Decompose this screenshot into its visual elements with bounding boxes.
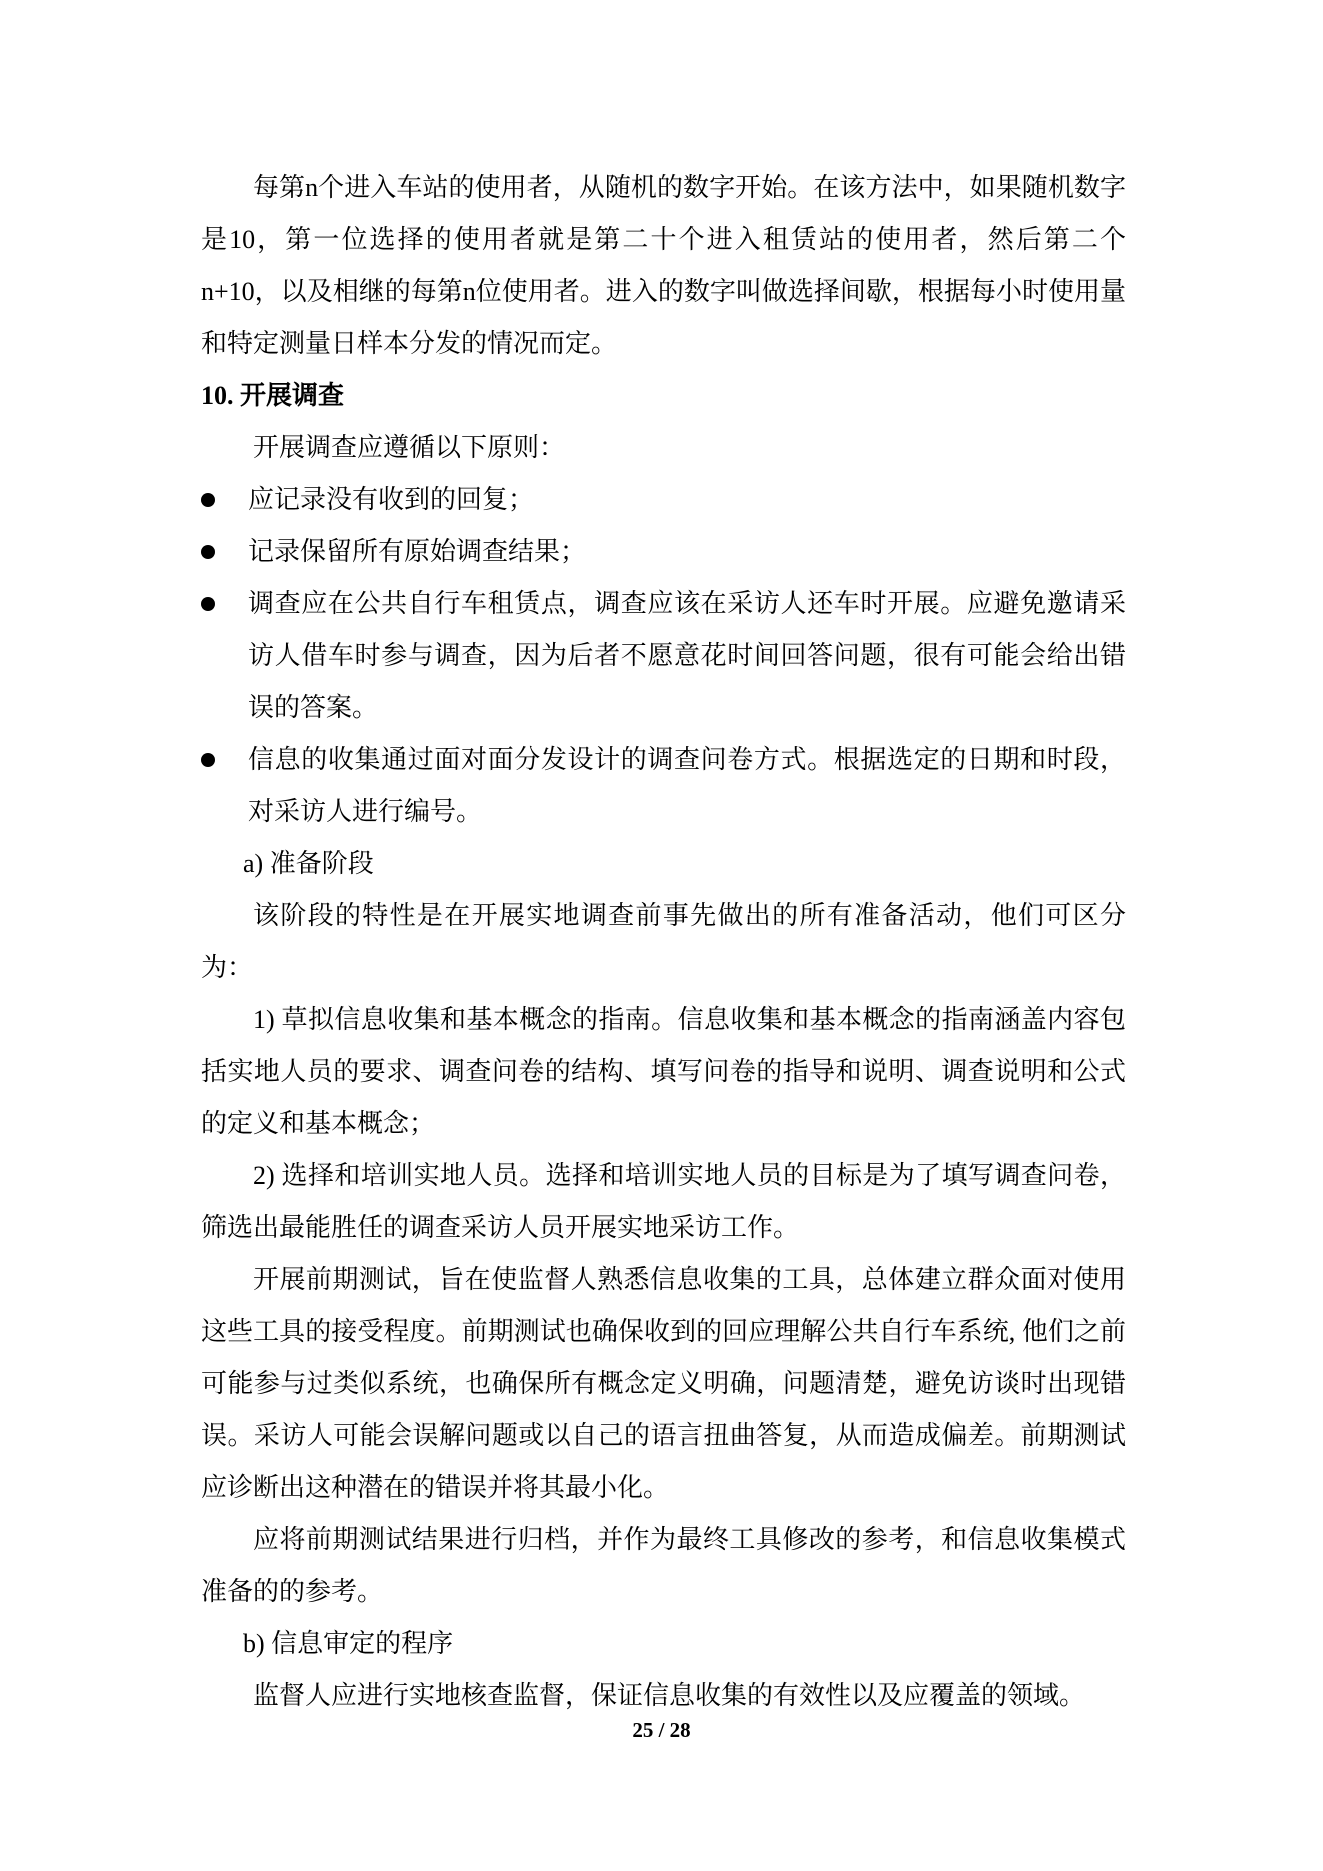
paragraph-pretest: 开展前期测试，旨在使监督人熟悉信息收集的工具，总体建立群众面对使用这些工具的接受…	[201, 1254, 1126, 1514]
bullet-icon	[201, 545, 215, 559]
section-intro: 开展调查应遵循以下原则：	[201, 422, 1126, 474]
subsection-a-title: a) 准备阶段	[201, 838, 1126, 890]
paragraph-archive: 应将前期测试结果进行归档，并作为最终工具修改的参考，和信息收集模式准备的的参考。	[201, 1514, 1126, 1618]
bullet-item: 记录保留所有原始调查结果；	[201, 526, 1126, 578]
subsection-a-intro: 该阶段的特性是在开展实地调查前事先做出的所有准备活动，他们可区分为：	[201, 890, 1126, 994]
paragraph-sampling-method: 每第n个进入车站的使用者，从随机的数字开始。在该方法中，如果随机数字是10，第一…	[201, 162, 1126, 370]
subsection-a-item-2: 2) 选择和培训实地人员。选择和培训实地人员的目标是为了填写调查问卷，筛选出最能…	[201, 1150, 1126, 1254]
subsection-b-title: b) 信息审定的程序	[201, 1618, 1126, 1670]
bullet-item: 调查应在公共自行车租赁点，调查应该在采访人还车时开展。应避免邀请采访人借车时参与…	[201, 578, 1126, 734]
page-content: 每第n个进入车站的使用者，从随机的数字开始。在该方法中，如果随机数字是10，第一…	[201, 162, 1126, 1722]
subsection-b-paragraph: 监督人应进行实地核查监督，保证信息收集的有效性以及应覆盖的领域。	[201, 1670, 1126, 1722]
bullet-text: 调查应在公共自行车租赁点，调查应该在采访人还车时开展。应避免邀请采访人借车时参与…	[248, 589, 1126, 722]
bullet-item: 应记录没有收到的回复；	[201, 474, 1126, 526]
document-page: 每第n个进入车站的使用者，从随机的数字开始。在该方法中，如果随机数字是10，第一…	[0, 0, 1323, 1871]
section-heading: 10. 开展调查	[201, 370, 1126, 422]
bullet-icon	[201, 753, 215, 767]
subsection-a-item-1: 1) 草拟信息收集和基本概念的指南。信息收集和基本概念的指南涵盖内容包括实地人员…	[201, 994, 1126, 1150]
page-number: 25 / 28	[0, 1718, 1323, 1743]
bullet-text: 应记录没有收到的回复；	[248, 485, 534, 514]
bullet-text: 信息的收集通过面对面分发设计的调查问卷方式。根据选定的日期和时段，对采访人进行编…	[248, 745, 1126, 826]
bullet-icon	[201, 493, 215, 507]
bullet-icon	[201, 597, 215, 611]
bullet-text: 记录保留所有原始调查结果；	[248, 537, 586, 566]
bullet-item: 信息的收集通过面对面分发设计的调查问卷方式。根据选定的日期和时段，对采访人进行编…	[201, 734, 1126, 838]
bullet-list: 应记录没有收到的回复； 记录保留所有原始调查结果； 调查应在公共自行车租赁点，调…	[201, 474, 1126, 838]
